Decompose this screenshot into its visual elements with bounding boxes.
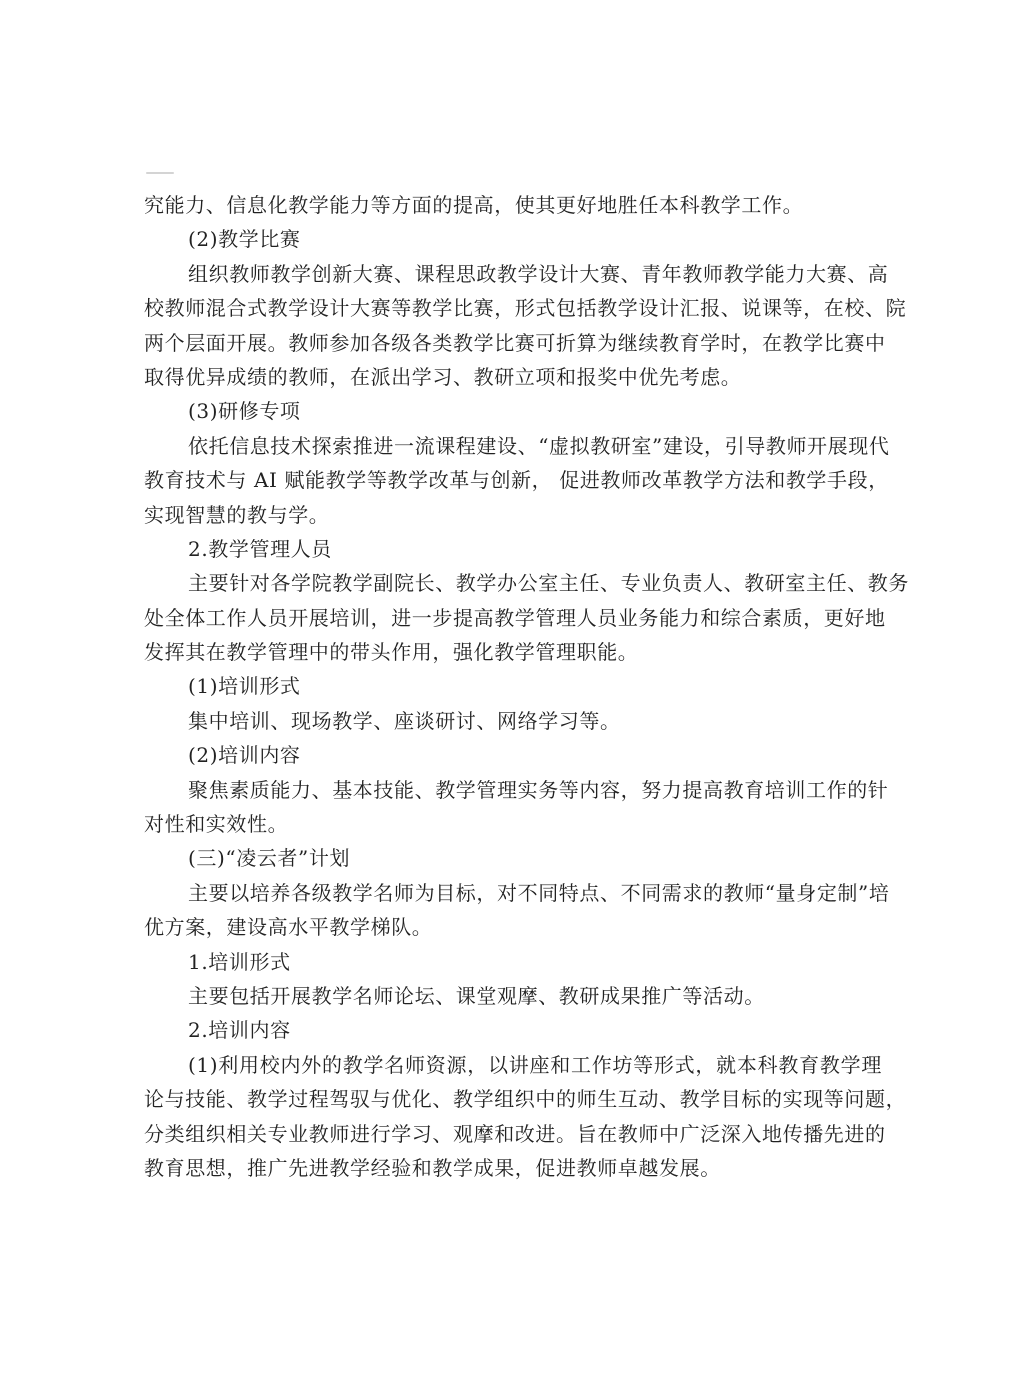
text-line: 依托信息技术探索推进一流课程建设、“虚拟教研室”建设，引导教师开展现代 xyxy=(144,429,882,463)
paragraph-teaching-competition: 组织教师教学创新大赛、课程思政教学设计大赛、青年教师教学能力大赛、高 校教师混合… xyxy=(144,257,882,395)
text-line: 处全体工作人员开展培训，进一步提高教学管理人员业务能力和综合素质，更好地 xyxy=(144,601,882,635)
heading-line: (3)研修专项 xyxy=(144,394,882,428)
text-line: 组织教师教学创新大赛、课程思政教学设计大赛、青年教师教学能力大赛、高 xyxy=(144,257,882,291)
text-line: 教育技术与 AI 赋能教学等教学改革与创新， 促进教师改革教学方法和教学手段， xyxy=(144,463,882,497)
paragraph-continuation: 究能力、信息化教学能力等方面的提高，使其更好地胜任本科教学工作。 xyxy=(144,188,882,222)
text-line: 优方案，建设高水平教学梯队。 xyxy=(144,910,882,944)
heading-research-special: (3)研修专项 xyxy=(144,394,882,428)
text-line: 两个层面开展。教师参加各级各类教学比赛可折算为继续教育学时，在教学比赛中 xyxy=(144,326,882,360)
heading-lingyunzhe-plan: (三)“凌云者”计划 xyxy=(144,841,882,875)
heading-line: (2)培训内容 xyxy=(144,738,882,772)
document-page: 究能力、信息化教学能力等方面的提高，使其更好地胜任本科教学工作。 (2)教学比赛… xyxy=(144,188,882,1185)
heading-plan-training-format: 1.培训形式 xyxy=(144,945,882,979)
text-line: 实现智慧的教与学。 xyxy=(144,498,882,532)
paragraph-plan-training-format: 主要包括开展教学名师论坛、课堂观摩、教研成果推广等活动。 xyxy=(144,979,882,1013)
heading-line: (2)教学比赛 xyxy=(144,222,882,256)
text-line: 聚焦素质能力、基本技能、教学管理实务等内容，努力提高教育培训工作的针 xyxy=(144,773,882,807)
text-line: 教育思想，推广先进教学经验和教学成果，促进教师卓越发展。 xyxy=(144,1151,882,1185)
text-line: 集中培训、现场教学、座谈研讨、网络学习等。 xyxy=(144,704,882,738)
heading-line: 2.教学管理人员 xyxy=(144,532,882,566)
heading-line: (三)“凌云者”计划 xyxy=(144,841,882,875)
heading-teaching-competition: (2)教学比赛 xyxy=(144,222,882,256)
paragraph-plan-training-content: (1)利用校内外的教学名师资源，以讲座和工作坊等形式，就本科教育教学理 论与技能… xyxy=(144,1048,882,1186)
text-line: 主要以培养各级教学名师为目标，对不同特点、不同需求的教师“量身定制”培 xyxy=(144,876,882,910)
text-line: 取得优异成绩的教师，在派出学习、教研立项和报奖中优先考虑。 xyxy=(144,360,882,394)
text-line: (1)利用校内外的教学名师资源，以讲座和工作坊等形式，就本科教育教学理 xyxy=(144,1048,882,1082)
heading-plan-training-content: 2.培训内容 xyxy=(144,1013,882,1047)
text-line: 主要包括开展教学名师论坛、课堂观摩、教研成果推广等活动。 xyxy=(144,979,882,1013)
paragraph-teaching-management-staff: 主要针对各学院教学副院长、教学办公室主任、专业负责人、教研室主任、教务 处全体工… xyxy=(144,566,882,669)
heading-teaching-management-staff: 2.教学管理人员 xyxy=(144,532,882,566)
text-line: 校教师混合式教学设计大赛等教学比赛，形式包括教学设计汇报、说课等，在校、院 xyxy=(144,291,882,325)
scan-artifact-mark xyxy=(146,172,174,174)
text-line: 对性和实效性。 xyxy=(144,807,882,841)
heading-training-format: (1)培训形式 xyxy=(144,669,882,703)
paragraph-training-format: 集中培训、现场教学、座谈研讨、网络学习等。 xyxy=(144,704,882,738)
heading-line: 2.培训内容 xyxy=(144,1013,882,1047)
text-line: 主要针对各学院教学副院长、教学办公室主任、专业负责人、教研室主任、教务 xyxy=(144,566,882,600)
text-line: 究能力、信息化教学能力等方面的提高，使其更好地胜任本科教学工作。 xyxy=(144,188,882,222)
text-line: 论与技能、教学过程驾驭与优化、教学组织中的师生互动、教学目标的实现等问题， xyxy=(144,1082,882,1116)
heading-line: 1.培训形式 xyxy=(144,945,882,979)
paragraph-research-special: 依托信息技术探索推进一流课程建设、“虚拟教研室”建设，引导教师开展现代 教育技术… xyxy=(144,429,882,532)
heading-line: (1)培训形式 xyxy=(144,669,882,703)
text-line: 发挥其在教学管理中的带头作用，强化教学管理职能。 xyxy=(144,635,882,669)
paragraph-lingyunzhe-plan: 主要以培养各级教学名师为目标，对不同特点、不同需求的教师“量身定制”培 优方案，… xyxy=(144,876,882,945)
paragraph-training-content: 聚焦素质能力、基本技能、教学管理实务等内容，努力提高教育培训工作的针 对性和实效… xyxy=(144,773,882,842)
heading-training-content: (2)培训内容 xyxy=(144,738,882,772)
text-line: 分类组织相关专业教师进行学习、观摩和改进。旨在教师中广泛深入地传播先进的 xyxy=(144,1117,882,1151)
